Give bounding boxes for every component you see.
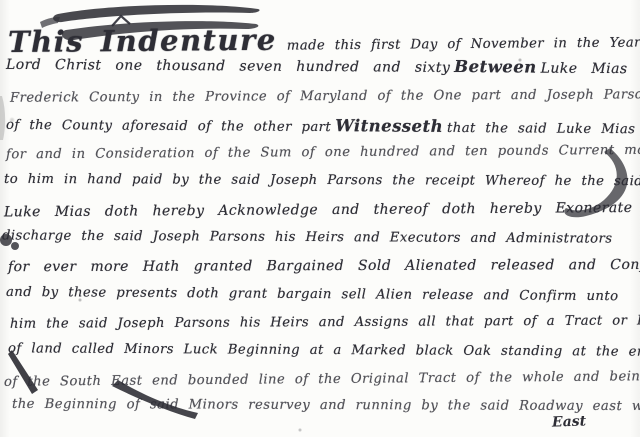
line-text: Lord Christ one thousand seven hundred a…	[6, 57, 450, 76]
line-text: Luke Mias doth hereby Acknowledge and th…	[4, 200, 640, 221]
deed-line-12: of land called Minors Luck Beginning at …	[8, 341, 640, 359]
deed-line-8: discharge the said Joseph Parsons his He…	[2, 228, 613, 246]
line-text: for and in Consideration of the Sum of o…	[6, 143, 640, 163]
line-text: for ever more Hath granted Bargained Sol…	[8, 257, 640, 275]
emphasis-word: Between	[454, 57, 537, 77]
line-text: him the said Joseph Parsons his Heirs an…	[10, 313, 640, 332]
catchword: East	[552, 413, 587, 430]
line-text: of land called Minors Luck Beginning at …	[8, 341, 640, 359]
deed-line-9: for ever more Hath granted Bargained Sol…	[8, 257, 640, 275]
edge-smear	[0, 96, 5, 140]
deed-line-10: and by these presents doth grant bargain…	[6, 285, 619, 304]
deed-line-6: to him in hand paid by the said Joseph P…	[4, 172, 640, 189]
deed-line-13: of the South East end bounded line of th…	[4, 369, 640, 390]
line-text: Luke Mias	[541, 61, 628, 78]
line-text: to him in hand paid by the said Joseph P…	[4, 172, 640, 189]
deed-line-7: Luke Mias doth hereby Acknowledge and th…	[4, 200, 640, 221]
deed-line-3: Frederick County in the Province of Mary…	[10, 87, 640, 105]
deed-line-5: for and in Consideration of the Sum of o…	[6, 143, 640, 163]
line-text: of the County aforesaid of the other par…	[6, 118, 331, 135]
deed-line-1: This Indenturemade this first Day of Nov…	[8, 19, 640, 59]
deed-line-2: Lord Christ one thousand seven hundred a…	[6, 54, 628, 77]
document-page: This Indenturemade this first Day of Nov…	[0, 0, 640, 437]
emphasis-word: Witnesseth	[335, 116, 443, 136]
line-text: the Beginning of said Minors resurvey an…	[12, 397, 640, 414]
line-text: Frederick County in the Province of Mary…	[10, 87, 640, 105]
deed-line-14: the Beginning of said Minors resurvey an…	[12, 397, 640, 414]
line-text: of the South East end bounded line of th…	[4, 369, 640, 390]
line-text: discharge the said Joseph Parsons his He…	[2, 228, 613, 246]
line-text: made this first Day of November in the Y…	[287, 35, 640, 54]
line-text: and by these presents doth grant bargain…	[6, 285, 619, 304]
line-text: that the said Luke Mias	[447, 121, 635, 137]
deed-line-4: of the County aforesaid of the other par…	[6, 114, 636, 137]
deed-line-11: him the said Joseph Parsons his Heirs an…	[10, 313, 640, 332]
